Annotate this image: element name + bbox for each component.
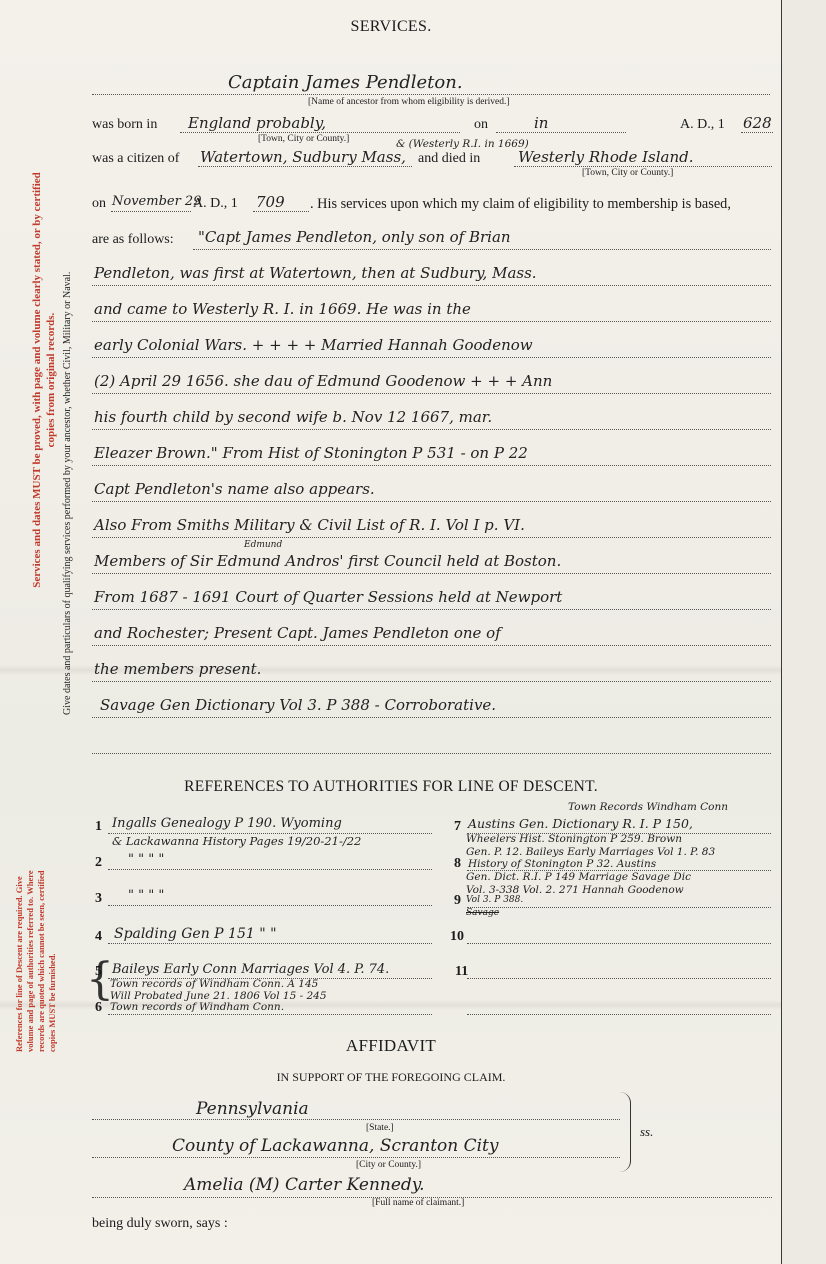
brace-icon bbox=[620, 1092, 631, 1172]
edmund-insert[interactable]: Edmund bbox=[244, 540, 282, 550]
born-year[interactable]: 628 bbox=[743, 114, 772, 132]
ref-number: 9 bbox=[454, 893, 461, 909]
service-text[interactable]: Capt Pendleton's name also appears. bbox=[94, 480, 375, 498]
county-value[interactable]: County of Lackawanna, Scranton City bbox=[172, 1136, 499, 1156]
born-date[interactable]: in bbox=[534, 114, 548, 132]
ad-label: A. D., 1 bbox=[680, 117, 725, 133]
services-side-note-black: Give dates and particulars of qualifying… bbox=[62, 272, 73, 715]
service-line bbox=[92, 681, 771, 682]
ref-line bbox=[467, 1014, 771, 1015]
citizen-place-line bbox=[198, 166, 412, 167]
service-text[interactable]: From 1687 - 1691 Court of Quarter Sessio… bbox=[94, 588, 562, 606]
service-text[interactable]: early Colonial Wars. + + + + Married Han… bbox=[94, 336, 533, 354]
service-line bbox=[92, 357, 771, 358]
state-value[interactable]: Pennsylvania bbox=[196, 1099, 309, 1119]
died-place-line bbox=[514, 166, 772, 167]
ss-label: ss. bbox=[640, 1124, 653, 1140]
ref-text[interactable]: Town records of Windham Conn. A 145 bbox=[110, 978, 318, 990]
service-line bbox=[92, 465, 771, 466]
service-line bbox=[92, 537, 771, 538]
service-text[interactable]: Also From Smiths Military & Civil List o… bbox=[94, 516, 525, 534]
state-caption: [State.] bbox=[366, 1123, 394, 1133]
side-note-red-line: copies from original records. bbox=[44, 70, 58, 690]
citizen-place[interactable]: Watertown, Sudbury Mass, bbox=[200, 148, 406, 166]
side-note-red-line: Services and dates MUST be proved, with … bbox=[30, 70, 44, 690]
died-place-caption: [Town, City or County.] bbox=[582, 168, 673, 178]
ref-number: 3 bbox=[95, 891, 102, 907]
side-note-red-line: References for line of Descent are requi… bbox=[14, 812, 25, 1052]
affidavit-subtitle: IN SUPPORT OF THE FOREGOING CLAIM. bbox=[0, 1070, 782, 1085]
services-sentence-1: . His services upon which my claim of el… bbox=[310, 196, 731, 213]
ancestor-caption: [Name of ancestor from whom eligibility … bbox=[308, 97, 510, 107]
ref-number: 1 bbox=[95, 819, 102, 835]
service-line bbox=[92, 609, 771, 610]
ref-text[interactable]: Austins Gen. Dictionary R. I. P 150, bbox=[468, 816, 693, 831]
ref-line bbox=[108, 1014, 432, 1015]
ref-text[interactable]: Ingalls Genealogy P 190. Wyoming bbox=[112, 816, 342, 831]
service-line bbox=[92, 429, 771, 430]
citizen-insert[interactable]: & (Westerly R.I. in 1669) bbox=[396, 138, 529, 150]
died-year-line bbox=[253, 211, 309, 212]
on2-label: on bbox=[92, 196, 106, 212]
ancestor-name[interactable]: Captain James Pendleton. bbox=[228, 72, 463, 93]
born-year-line bbox=[741, 132, 773, 133]
ref-number: 2 bbox=[95, 855, 102, 871]
ref-text[interactable]: & Lackawanna History Pages 19/20-21-/22 bbox=[112, 834, 361, 848]
side-note-red-line: records are quoted which cannot be seen,… bbox=[36, 812, 47, 1052]
service-line bbox=[92, 573, 771, 574]
state-line bbox=[92, 1119, 620, 1120]
ref-line bbox=[467, 907, 771, 908]
ref-text[interactable]: Spalding Gen P 151 " " bbox=[114, 926, 277, 942]
service-text[interactable]: and Rochester; Present Capt. James Pendl… bbox=[94, 624, 501, 642]
born-date-line bbox=[496, 132, 626, 133]
county-line bbox=[92, 1157, 620, 1158]
born-place[interactable]: England probably, bbox=[188, 114, 326, 132]
service-text[interactable]: (2) April 29 1656. she dau of Edmund Goo… bbox=[94, 372, 552, 390]
ref-line bbox=[108, 905, 432, 906]
sworn-label: being duly sworn, says : bbox=[92, 1216, 228, 1232]
ref-number: 8 bbox=[454, 856, 461, 872]
born-place-caption: [Town, City or County.] bbox=[258, 134, 349, 144]
claimant-name[interactable]: Amelia (M) Carter Kennedy. bbox=[184, 1175, 425, 1195]
service-text[interactable]: his fourth child by second wife b. Nov 1… bbox=[94, 408, 492, 426]
affidavit-title: AFFIDAVIT bbox=[0, 1036, 782, 1056]
references-side-note-red: References for line of Descent are requi… bbox=[14, 812, 58, 1052]
service-text[interactable]: Eleazer Brown." From Hist of Stonington … bbox=[94, 444, 528, 462]
ref-number: 6 bbox=[95, 1000, 102, 1016]
ref-number: 10 bbox=[450, 929, 464, 945]
service-text[interactable]: Members of Sir Edmund Andros' first Coun… bbox=[94, 552, 561, 570]
died-date-line bbox=[111, 211, 191, 212]
service-line bbox=[193, 249, 771, 250]
ref-line bbox=[108, 869, 432, 870]
ref-text[interactable]: Vol 3. P 388. bbox=[466, 895, 523, 905]
born-place-line bbox=[180, 132, 460, 133]
ref-number: 5 bbox=[95, 964, 102, 980]
references-title: REFERENCES TO AUTHORITIES FOR LINE OF DE… bbox=[0, 778, 782, 796]
died-label: and died in bbox=[418, 151, 480, 167]
service-text[interactable]: Savage Gen Dictionary Vol 3. P 388 - Cor… bbox=[100, 696, 496, 714]
citizen-label: was a citizen of bbox=[92, 151, 179, 167]
died-place[interactable]: Westerly Rhode Island. bbox=[518, 148, 694, 166]
ref-line bbox=[467, 978, 771, 979]
ref-number: 7 bbox=[454, 819, 461, 835]
services-title: SERVICES. bbox=[0, 18, 782, 36]
ref-text[interactable]: History of Stonington P 32. Austins bbox=[468, 858, 656, 870]
service-line bbox=[92, 645, 771, 646]
ref-text[interactable]: " " " " bbox=[128, 888, 164, 903]
side-note-red-line: volume and page of authorities referred … bbox=[25, 812, 36, 1052]
page-margin bbox=[782, 0, 826, 1264]
died-date[interactable]: November 29 bbox=[112, 194, 201, 209]
service-line bbox=[92, 501, 771, 502]
claimant-caption: [Full name of claimant.] bbox=[372, 1198, 464, 1208]
ref-number: 4 bbox=[95, 929, 102, 945]
service-text[interactable]: the members present. bbox=[94, 660, 261, 678]
ref-text[interactable]: Savage bbox=[466, 908, 499, 918]
ref-text[interactable]: Town records of Windham Conn. bbox=[110, 1001, 284, 1013]
service-line bbox=[92, 393, 771, 394]
service-text[interactable]: Pendleton, was first at Watertown, then … bbox=[94, 264, 537, 282]
ref-text[interactable]: " " " " bbox=[128, 852, 164, 867]
on-label: on bbox=[474, 117, 488, 133]
ref-text[interactable]: Baileys Early Conn Marriages Vol 4. P. 7… bbox=[112, 962, 389, 977]
service-line bbox=[92, 285, 771, 286]
ref-text[interactable]: Town Records Windham Conn bbox=[568, 801, 728, 813]
ref-line bbox=[467, 943, 771, 944]
ad2-label: A. D., 1 bbox=[193, 196, 238, 212]
died-year[interactable]: 709 bbox=[256, 193, 285, 211]
service-text[interactable]: and came to Westerly R. I. in 1669. He w… bbox=[94, 300, 471, 318]
ref-text[interactable]: Wheelers Hist. Stonington P 259. Brown bbox=[466, 833, 682, 845]
ancestor-name-line bbox=[92, 94, 770, 95]
service-text[interactable]: "Capt James Pendleton, only son of Brian bbox=[198, 228, 511, 246]
born-label: was born in bbox=[92, 117, 157, 133]
ref-text[interactable]: Gen. P. 12. Baileys Early Marriages Vol … bbox=[466, 846, 715, 858]
ref-text[interactable]: Gen. Dict. R.I. P 149 Marriage Savage Di… bbox=[466, 871, 691, 883]
ref-line bbox=[108, 943, 432, 944]
side-note-red-line: copies MUST be furnished. bbox=[47, 812, 58, 1052]
county-caption: [City or County.] bbox=[356, 1160, 421, 1170]
form-page: SERVICES. Captain James Pendleton. [Name… bbox=[0, 0, 782, 1264]
service-line bbox=[92, 321, 771, 322]
service-line bbox=[92, 753, 771, 754]
services-sentence-2: are as follows: bbox=[92, 232, 174, 248]
service-line bbox=[92, 717, 771, 718]
services-side-note-red: Services and dates MUST be proved, with … bbox=[30, 70, 58, 690]
